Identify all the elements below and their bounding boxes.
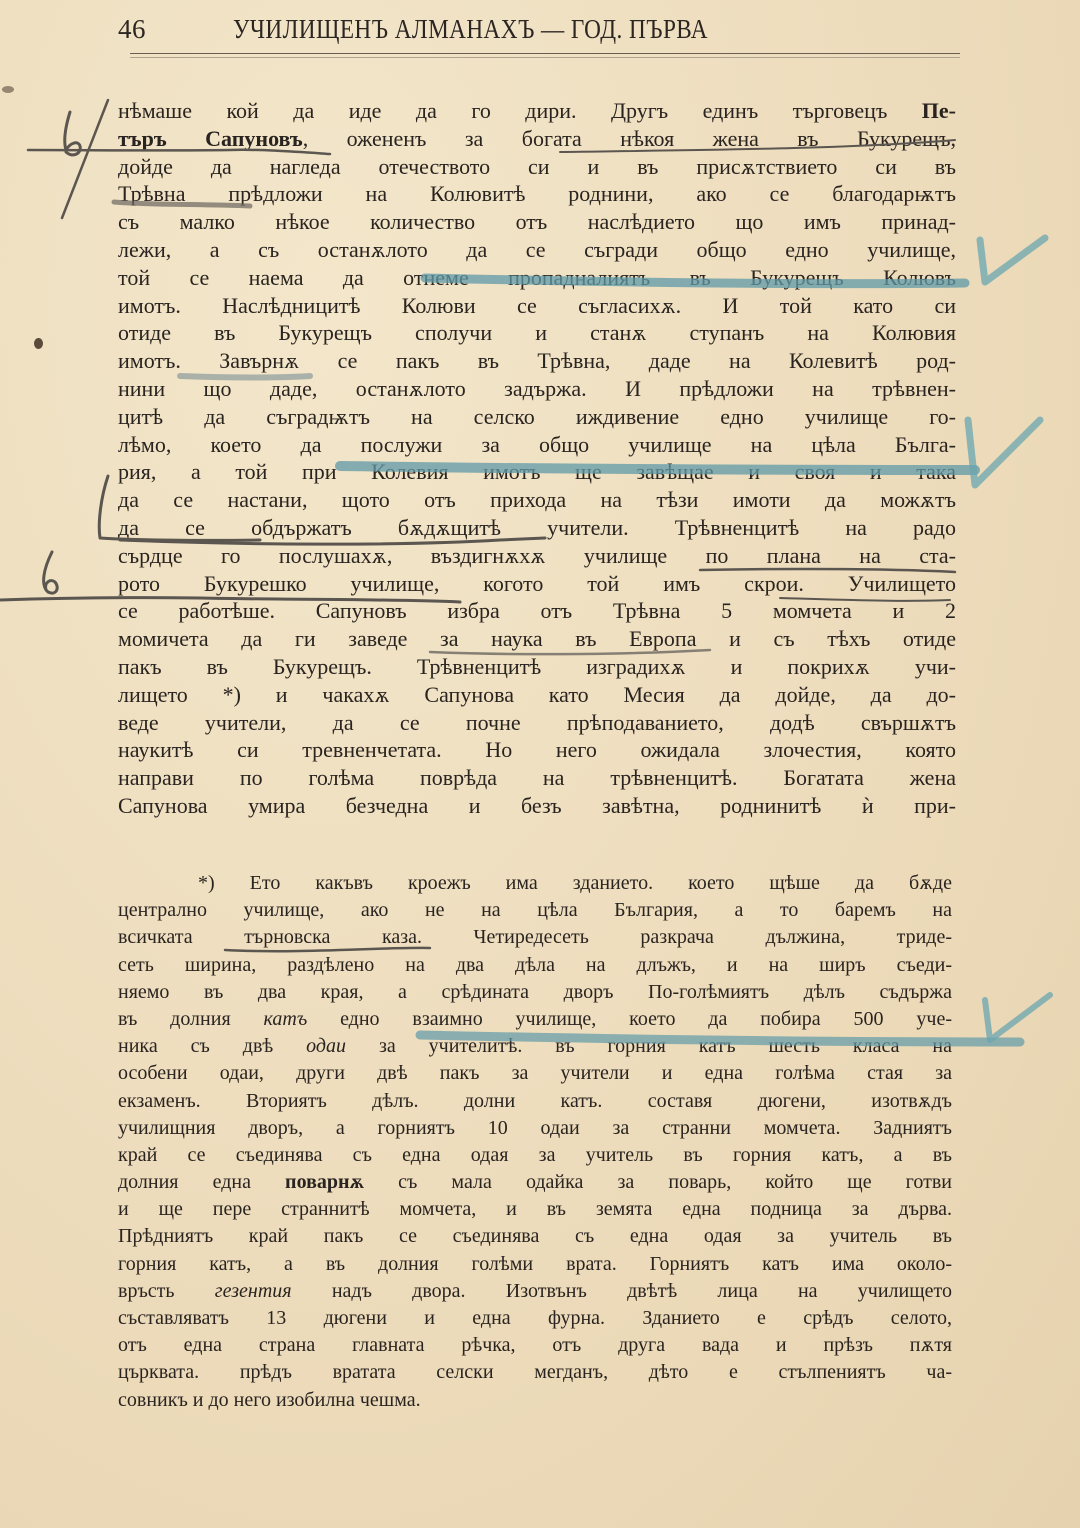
margin-slash-icon	[62, 100, 108, 218]
footnote-line: горния катъ, а въ долния голѣми врата. Г…	[118, 1251, 952, 1278]
text-line: сърдце го послушахѫ, въздигнѫхѫ училище …	[118, 542, 956, 570]
footnote-line: особени одаи, други двѣ пакъ за учители …	[118, 1060, 952, 1087]
footnote-line: няемо въ два края, а срѣдината дворъ По-…	[118, 979, 952, 1006]
margin-letter-v-icon	[65, 112, 80, 155]
main-text-block: нѣмаше кой да иде да го дири. Другъ един…	[118, 97, 956, 820]
text-line: веде учители, да се почне прѣподаванието…	[118, 709, 956, 737]
text-line: отиде въ Букурещъ сполучи и станѫ ступан…	[118, 319, 956, 347]
footnote-block: *) Ето какъвъ кроежъ има зданието. което…	[118, 870, 952, 1414]
text-line: имотъ. Наслѣдницитѣ Колюви се съгласихѫ.…	[118, 292, 956, 320]
text-line: пакъ въ Букурещъ. Трѣвненцитѣ изградихѫ …	[118, 653, 956, 681]
footnote-line: връсть гезентия надъ двора. Изотвънъ двѣ…	[118, 1278, 952, 1305]
footnote-line: долния една поварнѫ съ мала одайка за по…	[118, 1169, 952, 1196]
margin-letter-six-icon	[44, 552, 58, 593]
footnote-line: совникъ и до него изобилна чешма.	[118, 1387, 952, 1414]
text-line: рото Букурешко училище, когото той имъ с…	[118, 570, 956, 598]
text-line: рия, а той при Колевия имотъ ще завѣщае …	[118, 458, 956, 486]
footnote-line: централно училище, ако не на цѣла Българ…	[118, 897, 952, 924]
footnote-line: съставляватъ 13 дюгени и една фурна. Зда…	[118, 1305, 952, 1332]
check-mark-icon	[985, 995, 1050, 1040]
text-line: нѣмаше кой да иде да го дири. Другъ един…	[118, 97, 956, 125]
text-line: Сапунова умира безчедна и безъ завѣтна, …	[118, 792, 956, 820]
ink-spot	[2, 86, 14, 93]
header-rule	[130, 53, 960, 54]
footnote-line: край се съединява съ една одая за учител…	[118, 1142, 952, 1169]
footnote-line: и ще пере страннитѣ момчета, и въ земята…	[118, 1196, 952, 1223]
emphasized-word: Пе-	[922, 98, 956, 123]
footnote-line: Прѣдниятъ край пакъ се съединява съ една…	[118, 1223, 952, 1250]
check-mark-icon	[980, 238, 1045, 282]
page-number: 46	[118, 14, 146, 45]
text-line: Трѣвна прѣдложи на Колювитѣ роднини, ако…	[118, 180, 956, 208]
text-line: да се обдържатъ бѫдѫщитѣ учители. Трѣвне…	[118, 514, 956, 542]
text-line: да се настани, щото отъ прихода на тѣзи …	[118, 486, 956, 514]
footnote-line: въ долния катъ едно взаимно училище, кое…	[118, 1006, 952, 1033]
text-line: лището *) и чакахѫ Сапунова като Месия д…	[118, 681, 956, 709]
text-line: лѣмо, което да послужи за общо училище н…	[118, 431, 956, 459]
text-line: наукитѣ си тревненчетата. Но него ожидал…	[118, 736, 956, 764]
text-line: се работѣше. Сапуновъ избра отъ Трѣвна 5…	[118, 597, 956, 625]
footnote-line: сеть ширина, раздѣлено на два дѣла на дл…	[118, 952, 952, 979]
text-line: търъ Сапуновъ, ожененъ за богата нѣкоя ж…	[118, 125, 956, 153]
text-line: съ малко нѣкое количество отъ наслѣдието…	[118, 208, 956, 236]
text-line: лежи, а съ останѫлото да се съгради общо…	[118, 236, 956, 264]
footnote-line: *) Ето какъвъ кроежъ има зданието. което…	[118, 870, 952, 897]
footnote-line: екзаменъ. Вториятъ дѣлъ. долни катъ. сос…	[118, 1088, 952, 1115]
check-mark-icon	[968, 420, 1040, 485]
emphasized-word: поварнѫ	[285, 1171, 364, 1193]
text-line: имотъ. Завърнѫ се пакъ въ Трѣвна, даде н…	[118, 347, 956, 375]
text-line: той се наема да отнеме пропадналиятъ въ …	[118, 264, 956, 292]
ink-spot	[34, 338, 43, 349]
emphasized-word: гезентия	[215, 1280, 292, 1302]
footnote-line: ника съ двѣ одаи за учителитѣ. въ горния…	[118, 1033, 952, 1060]
text-line: цитѣ да съградѭтъ на селско иждивение ед…	[118, 403, 956, 431]
emphasized-word: катъ	[264, 1008, 308, 1030]
text-line: момичета да ги заведе за наука въ Европа…	[118, 625, 956, 653]
text-line: дойде да нагледа отечеството си и въ при…	[118, 153, 956, 181]
header-rule-thin	[130, 57, 960, 58]
text-line: нини що даде, останѫлото задържа. И прѣд…	[118, 375, 956, 403]
emphasized-word: търъ Сапуновъ	[118, 126, 303, 151]
footnote-line: училищния дворъ, а горниятъ 10 одаи за с…	[118, 1115, 952, 1142]
header-title: УЧИЛИЩЕНЪ АЛМАНАХЪ — ГОД. ПЪРВА	[233, 14, 708, 45]
footnote-line: всичката търновска каза. Четиредесеть ра…	[118, 924, 952, 951]
emphasized-word: одаи	[306, 1035, 346, 1057]
text-line: направи по голѣма поврѣда на трѣвненцитѣ…	[118, 764, 956, 792]
footnote-line: църквата. прѣдъ вратата селски мегданъ, …	[118, 1359, 952, 1386]
running-head: 46 УЧИЛИЩЕНЪ АЛМАНАХЪ — ГОД. ПЪРВА	[118, 10, 958, 50]
scanned-page: 46 УЧИЛИЩЕНЪ АЛМАНАХЪ — ГОД. ПЪРВА нѣмаш…	[0, 0, 1080, 1528]
footnote-line: отъ една страна главната рѣчка, отъ друг…	[118, 1332, 952, 1359]
